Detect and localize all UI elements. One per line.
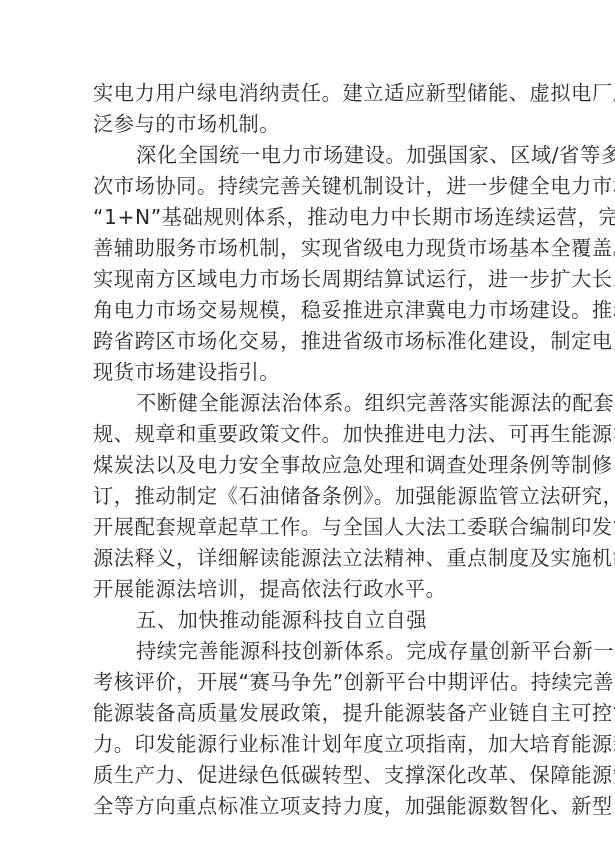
text-line: 深化全国统一电力市场建设。加强国家、区域/省等多层 bbox=[93, 140, 523, 171]
text-line: 不断健全能源法治体系。组织完善落实能源法的配套法 bbox=[93, 388, 523, 419]
text-line: 现货市场建设指引。 bbox=[93, 357, 523, 388]
text-line: 跨省跨区市场化交易，推进省级市场标准化建设，制定电力 bbox=[93, 326, 523, 357]
text-line: 持续完善能源科技创新体系。完成存量创新平台新一轮 bbox=[93, 636, 523, 667]
text-line: 煤炭法以及电力安全事故应急处理和调查处理条例等制修 bbox=[93, 450, 523, 481]
text-line: 订，推动制定《石油储备条例》。加强能源监管立法研究， bbox=[93, 481, 523, 512]
text-line: 角电力市场交易规模，稳妥推进京津冀电力市场建设。推动 bbox=[93, 295, 523, 326]
body-text: 实电力用户绿电消纳责任。建立适应新型储能、虚拟电厂广 泛参与的市场机制。 深化全… bbox=[93, 78, 523, 822]
text-line: 开展配套规章起草工作。与全国人大法工委联合编制印发能 bbox=[93, 512, 523, 543]
text-line: 善辅助服务市场机制，实现省级电力现货市场基本全覆盖。 bbox=[93, 233, 523, 264]
text-line: 实电力用户绿电消纳责任。建立适应新型储能、虚拟电厂广 bbox=[93, 78, 523, 109]
text-line: 泛参与的市场机制。 bbox=[93, 109, 523, 140]
text-line: 规、规章和重要政策文件。加快推进电力法、可再生能源法、 bbox=[93, 419, 523, 450]
page-number: 6 bbox=[0, 804, 615, 814]
text-line: 源法释义，详细解读能源法立法精神、重点制度及实施机制， bbox=[93, 543, 523, 574]
text-line: 实现南方区域电力市场长周期结算试运行，进一步扩大长三 bbox=[93, 264, 523, 295]
text-line: 次市场协同。持续完善关键机制设计，进一步健全电力市场 bbox=[93, 171, 523, 202]
document-page: 实电力用户绿电消纳责任。建立适应新型储能、虚拟电厂广 泛参与的市场机制。 深化全… bbox=[0, 0, 615, 868]
text-line: 能源装备高质量发展政策，提升能源装备产业链自主可控能 bbox=[93, 698, 523, 729]
text-line: 考核评价，开展“赛马争先”创新平台中期评估。持续完善 bbox=[93, 667, 523, 698]
text-line: “1+N”基础规则体系，推动电力中长期市场连续运营，完 bbox=[93, 202, 523, 233]
text-line: 开展能源法培训，提高依法行政水平。 bbox=[93, 574, 523, 605]
section-heading: 五、加快推动能源科技自立自强 bbox=[93, 605, 523, 636]
text-line: 力。印发能源行业标准计划年度立项指南，加大培育能源新 bbox=[93, 729, 523, 760]
text-line: 质生产力、促进绿色低碳转型、支撑深化改革、保障能源安 bbox=[93, 760, 523, 791]
